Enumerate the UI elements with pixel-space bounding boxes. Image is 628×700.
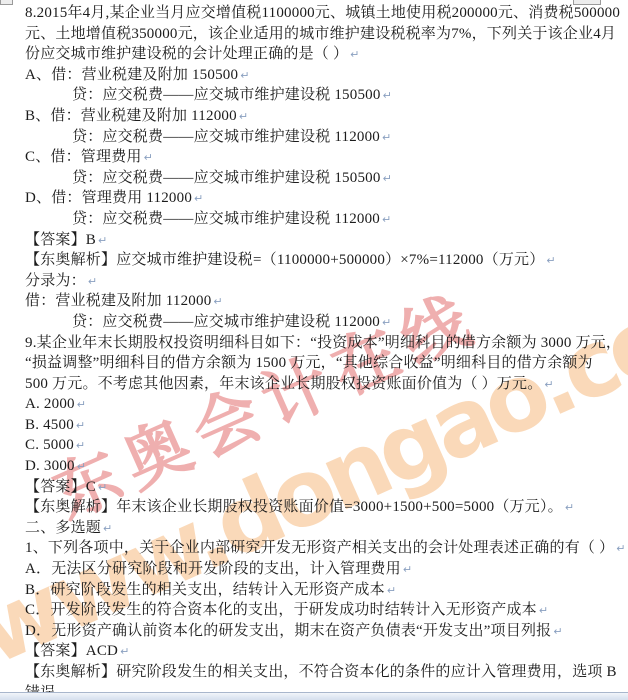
doc-line-answer: 【答案】ACD↵ [0, 641, 628, 662]
document-body: 8.2015年4月,某企业当月应交增值税1100000元、城镇土地使用税2000… [0, 3, 628, 700]
paragraph-mark-icon: ↵ [403, 563, 412, 576]
paragraph-mark-icon: ↵ [213, 295, 222, 308]
doc-line: 份应交城市维护建设税的会计处理正确的是（ ）↵ [0, 44, 628, 65]
paragraph-mark-icon: ↵ [546, 254, 555, 267]
doc-line-text: 分录为： [25, 273, 86, 289]
doc-line: B、借：营业税建及附加 112000↵ [0, 106, 628, 127]
doc-line-text: C．开发阶段发生的符合资本化的支出，于研发成功时结转计入无形资产成本 [25, 602, 537, 618]
paragraph-mark-icon: ↵ [98, 481, 107, 494]
doc-line-text: 份应交城市维护建设税的会计处理正确的是（ ） [25, 46, 348, 62]
paragraph-mark-icon: ↵ [616, 542, 625, 555]
doc-line: 元、土地增值税350000元，该企业适用的城市维护建设税税率为7%，下列关于该企… [0, 24, 628, 45]
doc-line-text: 贷：应交税费——应交城市维护建设税 112000 [72, 129, 380, 145]
doc-line: 贷：应交税费——应交城市维护建设税 150500↵ [0, 85, 628, 106]
paragraph-mark-icon: ↵ [144, 151, 153, 164]
paragraph-mark-icon: ↵ [382, 131, 391, 144]
doc-line-text: B. 4500 [25, 417, 74, 433]
doc-line-option: B．研究阶段发生的相关支出，结转计入无形资产成本↵ [0, 580, 628, 601]
word-document-page: { "watermark": { "cn_text": "东奥会计在线", "c… [0, 0, 628, 700]
paragraph-mark-icon: ↵ [76, 419, 85, 432]
doc-line-text: 9.某企业年末长期股权投资明细科目如下：“投资成本”明细科目的借方余额为 300… [25, 335, 621, 351]
paragraph-mark-icon: ↵ [382, 213, 391, 226]
paragraph-mark-icon: ↵ [194, 192, 203, 205]
doc-line: 500 万元。不考虑其他因素，年末该企业长期股权投资账面价值为（ ）万元。↵ [0, 374, 628, 395]
paragraph-mark-icon: ↵ [544, 378, 553, 391]
doc-line-text: 元、土地增值税350000元，该企业适用的城市维护建设税税率为7%，下列关于该企… [25, 26, 616, 42]
doc-line-text: C、借：管理费用 [25, 149, 142, 165]
doc-line-text: 贷：应交税费——应交城市维护建设税 150500 [72, 87, 381, 103]
doc-line-option: A．无法区分研究阶段和开发阶段的支出，计入管理费用↵ [0, 559, 628, 580]
doc-line-option: D. 3000↵ [0, 456, 628, 477]
doc-line-text: 【东奥解析】年末该企业长期股权投资账面价值=3000+1500+500=5000… [25, 499, 563, 515]
doc-line: 8.2015年4月,某企业当月应交增值税1100000元、城镇土地使用税2000… [0, 3, 628, 24]
doc-line-text: 【答案】C [25, 479, 96, 495]
paragraph-mark-icon: ↵ [350, 48, 359, 61]
doc-line-option: B. 4500↵ [0, 415, 628, 436]
doc-line-answer: 【答案】B↵ [0, 230, 628, 251]
doc-line: 9.某企业年末长期股权投资明细科目如下：“投资成本”明细科目的借方余额为 300… [0, 333, 628, 354]
doc-line: A、借：营业税建及附加 150500↵ [0, 65, 628, 86]
paragraph-mark-icon: ↵ [383, 89, 392, 102]
doc-line-text: 8.2015年4月,某企业当月应交增值税1100000元、城镇土地使用税2000… [25, 5, 620, 21]
doc-line-option: D．无形资产确认前资本化的研发支出，期末在资产负债表“开发支出”项目列报↵ [0, 621, 628, 642]
doc-line-option: C．开发阶段发生的符合资本化的支出，于研发成功时结转计入无形资产成本↵ [0, 600, 628, 621]
paragraph-mark-icon: ↵ [77, 460, 86, 473]
doc-line-text: 1、下列各项中，关于企业内部研究开发无形资产相关支出的会计处理表述正确的有（ ） [25, 540, 614, 556]
paragraph-mark-icon: ↵ [387, 584, 396, 597]
doc-line: 贷：应交税费——应交城市维护建设税 150500↵ [0, 168, 628, 189]
doc-line-analysis: 【东奥解析】研究阶段发生的相关支出，不符合资本化的条件的应计入管理费用，选项 B [0, 662, 628, 683]
horizontal-scrollbar[interactable] [0, 692, 628, 700]
doc-line-text: A、借：营业税建及附加 150500 [25, 67, 238, 83]
paragraph-mark-icon: ↵ [239, 110, 248, 123]
window-fragment-top-left [0, 0, 13, 5]
paragraph-mark-icon: ↵ [240, 69, 249, 82]
doc-line: 1、下列各项中，关于企业内部研究开发无形资产相关支出的会计处理表述正确的有（ ）… [0, 538, 628, 559]
doc-line-text: A. 2000 [25, 396, 75, 412]
doc-line-text: D、借：管理费用 112000 [25, 190, 192, 206]
doc-line-text: 【东奥解析】研究阶段发生的相关支出，不符合资本化的条件的应计入管理费用，选项 B [25, 664, 617, 680]
doc-line-text: “损益调整”明细科目的借方余额为 1500 万元，“其他综合收益”明细科目的借方… [25, 355, 593, 371]
doc-line-text: 贷：应交税费——应交城市维护建设税 150500 [72, 170, 381, 186]
doc-line: 借：营业税建及附加 112000↵ [0, 291, 628, 312]
doc-line-section-heading: 二、多选题↵ [0, 518, 628, 539]
doc-line-text: D. 3000 [25, 458, 75, 474]
doc-line-text: 二、多选题 [25, 520, 101, 536]
doc-line: C、借：管理费用↵ [0, 147, 628, 168]
paragraph-mark-icon: ↵ [382, 316, 391, 329]
doc-line-analysis: 【东奥解析】年末该企业长期股权投资账面价值=3000+1500+500=5000… [0, 497, 628, 518]
paragraph-mark-icon: ↵ [103, 522, 112, 535]
doc-line-text: 贷：应交税费——应交城市维护建设税 112000 [72, 314, 380, 330]
doc-line-text: A．无法区分研究阶段和开发阶段的支出，计入管理费用 [25, 561, 401, 577]
doc-line-text: 【答案】ACD [25, 643, 118, 659]
paragraph-mark-icon: ↵ [383, 172, 392, 185]
window-fragment-top-right [573, 0, 601, 5]
doc-line: “损益调整”明细科目的借方余额为 1500 万元，“其他综合收益”明细科目的借方… [0, 353, 628, 374]
doc-line: 贷：应交税费——应交城市维护建设税 112000↵ [0, 312, 628, 333]
doc-line-analysis: 【东奥解析】应交城市维护建设税=（1100000+500000）×7%=1120… [0, 250, 628, 271]
doc-line-answer: 【答案】C↵ [0, 477, 628, 498]
doc-line-text: 【东奥解析】应交城市维护建设税=（1100000+500000）×7%=1120… [25, 252, 544, 268]
doc-line-text: D．无形资产确认前资本化的研发支出，期末在资产负债表“开发支出”项目列报 [25, 623, 551, 639]
paragraph-mark-icon: ↵ [77, 398, 86, 411]
doc-line-text: 贷：应交税费——应交城市维护建设税 112000 [72, 211, 380, 227]
doc-line-text: C. 5000 [25, 437, 74, 453]
doc-line: D、借：管理费用 112000↵ [0, 188, 628, 209]
doc-line-text: 借：营业税建及附加 112000 [25, 293, 211, 309]
doc-line: 贷：应交税费——应交城市维护建设税 112000↵ [0, 209, 628, 230]
paragraph-mark-icon: ↵ [553, 625, 562, 638]
doc-line-option: A. 2000↵ [0, 394, 628, 415]
doc-line: 贷：应交税费——应交城市维护建设税 112000↵ [0, 127, 628, 148]
paragraph-mark-icon: ↵ [565, 501, 574, 514]
doc-line-option: C. 5000↵ [0, 435, 628, 456]
doc-line-text: B．研究阶段发生的相关支出，结转计入无形资产成本 [25, 582, 385, 598]
doc-line-text: 500 万元。不考虑其他因素，年末该企业长期股权投资账面价值为（ ）万元。 [25, 376, 542, 392]
paragraph-mark-icon: ↵ [539, 604, 548, 617]
paragraph-mark-icon: ↵ [120, 645, 129, 658]
paragraph-mark-icon: ↵ [98, 234, 107, 247]
doc-line-text: 【答案】B [25, 232, 96, 248]
doc-line: 分录为：↵ [0, 271, 628, 292]
doc-line-text: B、借：营业税建及附加 112000 [25, 108, 237, 124]
paragraph-mark-icon: ↵ [76, 439, 85, 452]
paragraph-mark-icon: ↵ [88, 275, 97, 288]
